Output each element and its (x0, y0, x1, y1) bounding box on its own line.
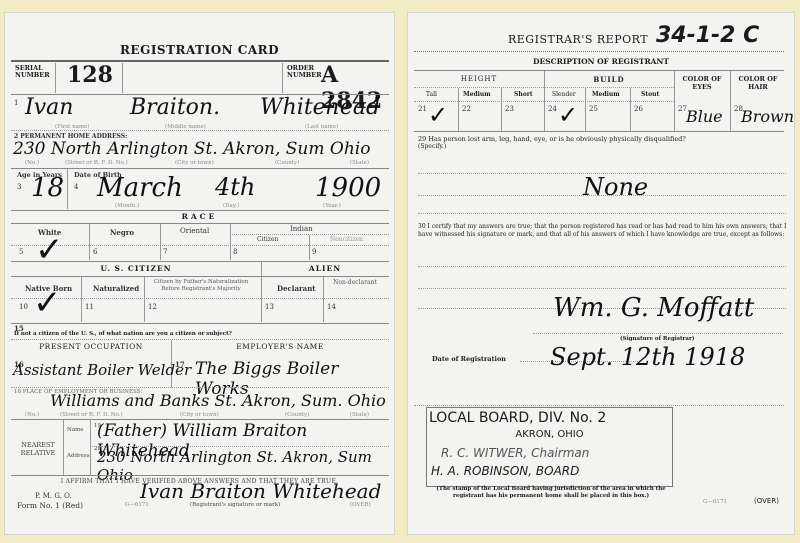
serial-number-label: SERIAL NUMBER (15, 65, 51, 79)
order-number-label: ORDER NUMBER (287, 65, 323, 79)
serial-number: 128 (67, 62, 113, 88)
q29-text: 29 Has person lost arm, leg, hand, eye, … (418, 135, 788, 143)
birth-day: 4th (215, 173, 255, 201)
home-address: 230 North Arlington St. Akron, Sum Ohio (13, 139, 370, 159)
nation-question: If not a citizen of the U. S., of what n… (14, 331, 232, 337)
local-board-stamp: LOCAL BOARD, DIV. No. 2 AKRON, OHIO R. C… (426, 407, 673, 487)
registration-date: Sept. 12th 1918 (550, 343, 745, 371)
registrar-signature: Wm. G. Moffatt (553, 293, 754, 323)
last-name: Whitehead (260, 95, 380, 120)
birth-year: 1900 (315, 173, 381, 203)
registrant-signature: Ivan Braiton Whitehead (140, 479, 381, 503)
build-slender-check-icon: ✓ (558, 103, 578, 127)
native-born-check-icon: ✓ (33, 286, 62, 320)
height-tall-check-icon: ✓ (428, 103, 448, 127)
stamp-code: 34-1-2 C (656, 23, 759, 48)
nearest-relative-label: NEAREST RELATIVE (13, 441, 63, 457)
eye-color: Blue (686, 107, 723, 126)
card-title: REGISTRATION CARD (5, 43, 394, 57)
occupation-value: Assistant Boiler Welder (13, 361, 191, 379)
report-title: REGISTRAR'S REPORT (508, 33, 648, 46)
description-heading: DESCRIPTION OF REGISTRANT (408, 57, 794, 66)
registration-card-front: REGISTRATION CARD SERIAL NUMBER 128 ORDE… (5, 13, 394, 534)
employment-place-value: Williams and Banks St. Akron, Sum. Ohio (50, 391, 386, 410)
stamp-instructions: (The stamp of the Local Board having jur… (422, 486, 680, 500)
first-name: Ivan (25, 95, 73, 120)
q29-answer: None (583, 173, 648, 201)
hair-color: Brown (741, 107, 794, 126)
q30-text: 30 I certify that my answers are true; t… (418, 223, 788, 239)
registrars-report-back: REGISTRAR'S REPORT 34-1-2 C DESCRIPTION … (408, 13, 794, 534)
race-heading: RACE (5, 212, 394, 221)
age-value: 18 (31, 173, 64, 203)
middle-name: Braiton. (130, 95, 220, 120)
birth-month: March (97, 173, 183, 203)
date-of-registration-label: Date of Registration (432, 355, 506, 363)
